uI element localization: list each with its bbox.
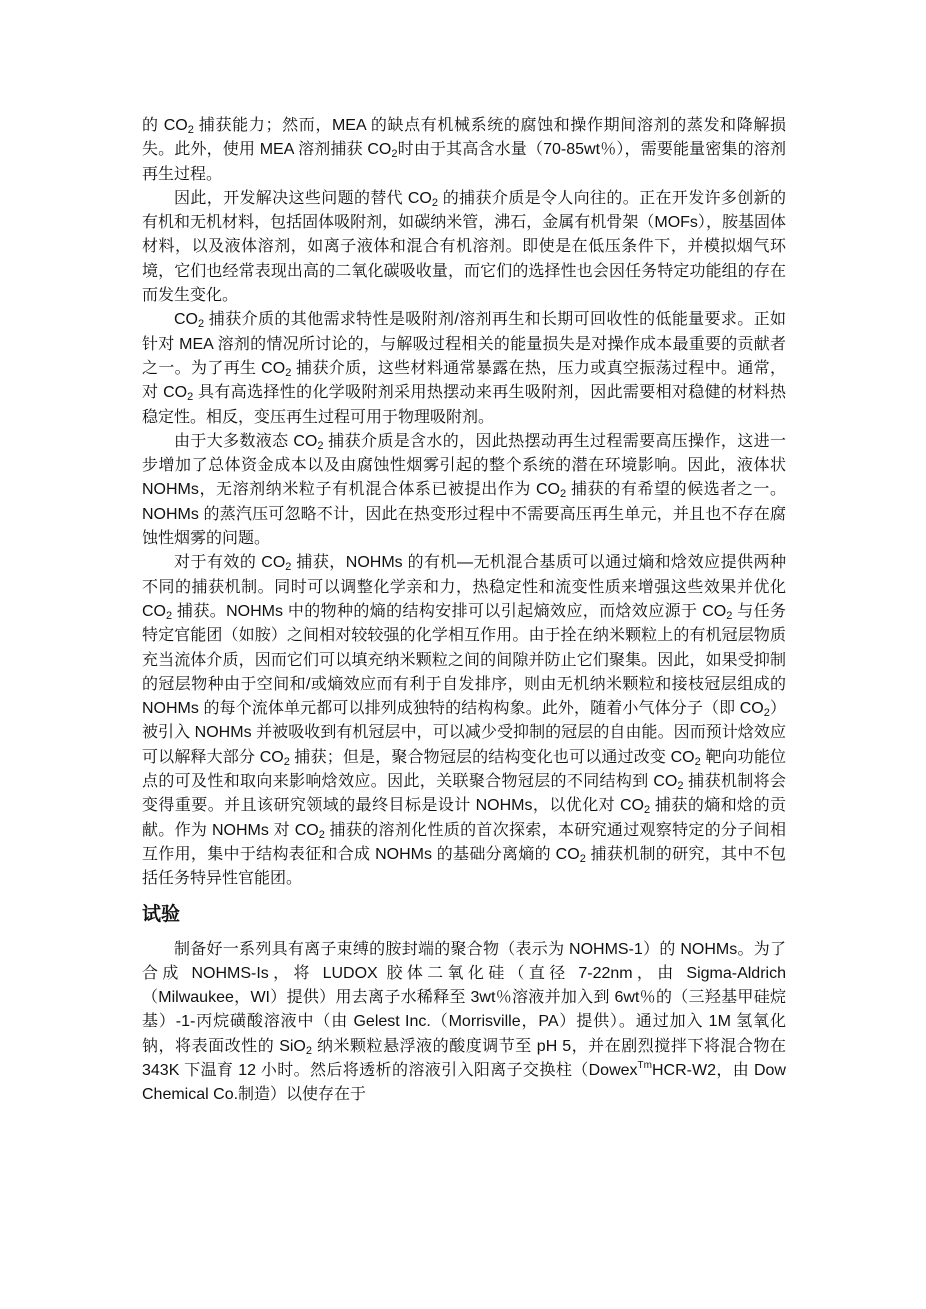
text-run: 因此，开发解决这些问题的替代 CO	[174, 190, 432, 207]
document-page: 的 CO2 捕获能力；然而，MEA 的缺点有机械系统的腐蚀和操作期间溶剂的蒸发和…	[142, 114, 786, 1108]
text-run: 与任务特定官能团（如胺）之间相对较较强的化学相互作用。由于拴在纳米颗粒上的有机冠…	[142, 603, 786, 717]
text-run: 由于大多数液态 CO	[174, 433, 317, 450]
paragraph-p3: CO2 捕获介质的其他需求特性是吸附剂/溶剂再生和长期可回收性的低能量要求。正如…	[142, 308, 786, 429]
section-paragraphs: 制备好一系列具有离子束缚的胺封端的聚合物（表示为 NOHMS-1）的 NOHMs…	[142, 938, 786, 1108]
text-run: 的 CO	[142, 117, 188, 134]
text-run: CO	[174, 311, 198, 328]
paragraph-p6: 制备好一系列具有离子束缚的胺封端的聚合物（表示为 NOHMS-1）的 NOHMs…	[142, 938, 786, 1108]
section-heading: 试验	[142, 902, 786, 928]
text-run: 对于有效的 CO	[174, 554, 285, 571]
text-run: 捕获；但是，聚合物冠层的结构变化也可以通过改变 CO	[290, 749, 695, 766]
paragraph-p5: 对于有效的 CO2 捕获，NOHMs 的有机—无机混合基质可以通过熵和焓效应提供…	[142, 551, 786, 891]
body-paragraphs: 的 CO2 捕获能力；然而，MEA 的缺点有机械系统的腐蚀和操作期间溶剂的蒸发和…	[142, 114, 786, 892]
text-run: 具有高选择性的化学吸附剂采用热摆动来再生吸附剂，因此需要相对稳健的材料热稳定性。…	[142, 384, 786, 425]
superscript: Tm	[638, 1060, 652, 1071]
text-run: 捕获。NOHMs 中的物种的熵的结构安排可以引起熵效应，而焓效应源于 CO	[172, 603, 726, 620]
paragraph-p4: 由于大多数液态 CO2 捕获介质是含水的，因此热摆动再生过程需要高压操作，这进一…	[142, 430, 786, 551]
paragraph-p1: 的 CO2 捕获能力；然而，MEA 的缺点有机械系统的腐蚀和操作期间溶剂的蒸发和…	[142, 114, 786, 187]
text-run: 的捕获介质是令人向往的。正在开发许多创新的有机和无机材料，包括固体吸附剂，如碳纳…	[142, 190, 786, 304]
paragraph-p2: 因此，开发解决这些问题的替代 CO2 的捕获介质是令人向往的。正在开发许多创新的…	[142, 187, 786, 308]
